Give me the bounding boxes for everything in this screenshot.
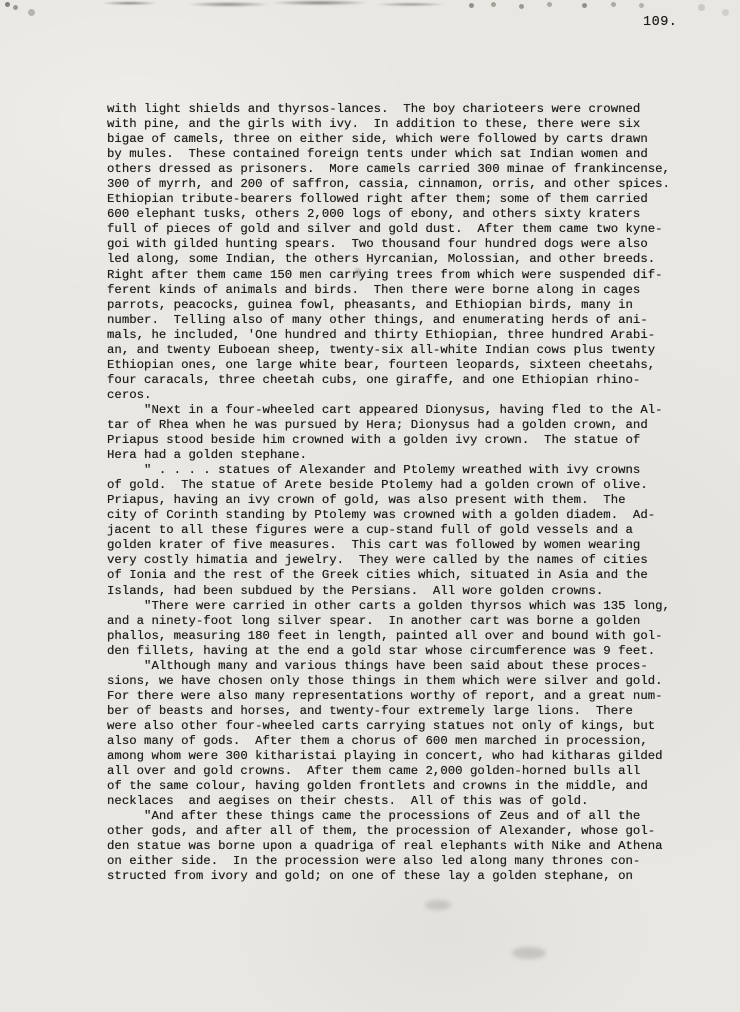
scan-noise-band <box>84 0 464 8</box>
scan-artifact-smudge-2 <box>512 947 546 959</box>
body-text: with light shields and thyrsos-lances. T… <box>107 102 670 884</box>
scan-artifact-smudge-1 <box>425 900 451 910</box>
scan-specks <box>0 2 3 5</box>
scanned-document-page: 109. with light shields and thyrsos-lanc… <box>0 0 740 1012</box>
page-number: 109. <box>643 15 677 30</box>
